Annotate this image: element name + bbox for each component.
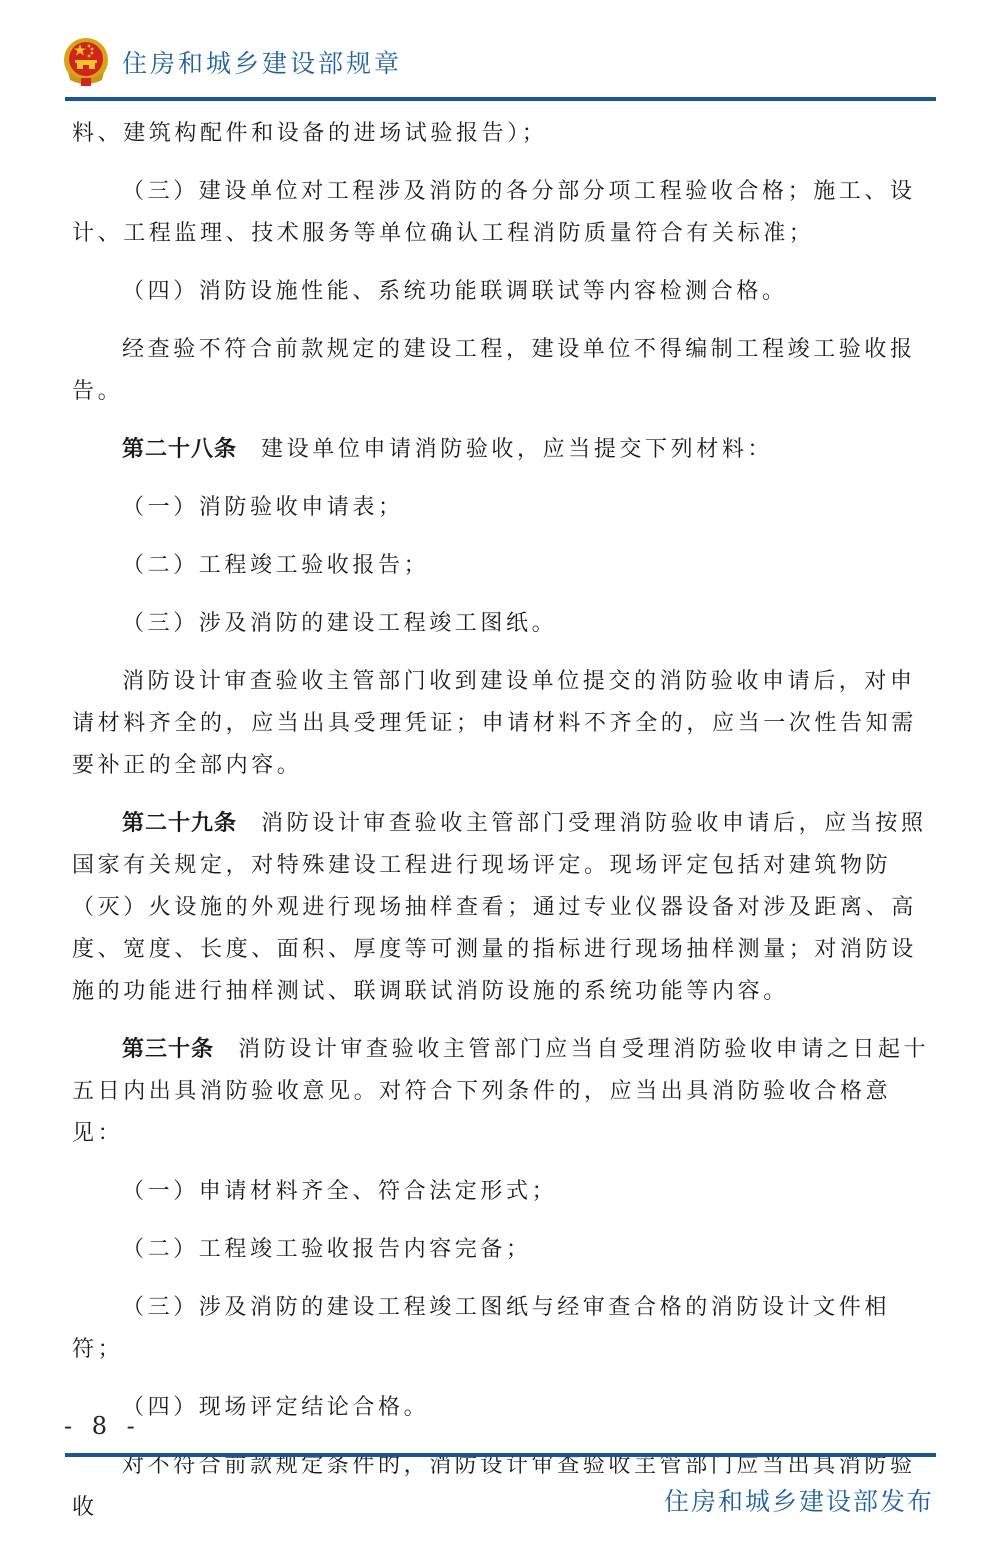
footer-publisher: 住房和城乡建设部发布 bbox=[664, 1482, 934, 1518]
paragraph-text: 经查验不符合前款规定的建设工程，建设单位不得编制工程竣工验收报告。 bbox=[72, 337, 916, 404]
national-emblem-icon bbox=[62, 36, 110, 88]
page-number: - 8 - bbox=[64, 1412, 141, 1440]
article-heading: 第三十条 bbox=[122, 1037, 214, 1062]
paragraph-text: （三）建设单位对工程涉及消防的各分部分项工程验收合格；施工、设计、工程监理、技术… bbox=[72, 179, 916, 246]
list-item: （一）消防验收申请表； bbox=[72, 487, 932, 529]
list-item: （四）现场评定结论合格。 bbox=[72, 1387, 932, 1429]
list-item: （一）申请材料齐全、符合法定形式； bbox=[72, 1171, 932, 1213]
header-divider bbox=[65, 97, 936, 101]
paragraph-text: （一）申请材料齐全、符合法定形式； bbox=[122, 1179, 557, 1204]
paragraph-text: （三）涉及消防的建设工程竣工图纸与经审查合格的消防设计文件相符； bbox=[72, 1295, 890, 1362]
page-header: 住房和城乡建设部规章 bbox=[62, 34, 402, 90]
paragraph-text: （二）工程竣工验收报告内容完备； bbox=[122, 1237, 532, 1262]
paragraph: 经查验不符合前款规定的建设工程，建设单位不得编制工程竣工验收报告。 bbox=[72, 329, 932, 413]
document-body: 料、建筑构配件和设备的进场试验报告）； （三）建设单位对工程涉及消防的各分部分项… bbox=[72, 113, 932, 1545]
paragraph: 消防设计审查验收主管部门收到建设单位提交的消防验收申请后，对申请材料齐全的，应当… bbox=[72, 661, 932, 787]
article-heading: 第二十八条 bbox=[122, 437, 237, 462]
paragraph-text: 消防设计审查验收主管部门收到建设单位提交的消防验收申请后，对申请材料齐全的，应当… bbox=[72, 669, 917, 778]
article-30: 第三十条消防设计审查验收主管部门应当自受理消防验收申请之日起十五日内出具消防验收… bbox=[72, 1029, 932, 1155]
paragraph-text: （四）现场评定结论合格。 bbox=[122, 1395, 429, 1420]
article-28: 第二十八条建设单位申请消防验收，应当提交下列材料： bbox=[72, 429, 932, 471]
paragraph-text: （一）消防验收申请表； bbox=[122, 495, 404, 520]
paragraph-text: （三）涉及消防的建设工程竣工图纸。 bbox=[122, 611, 557, 636]
article-heading: 第二十九条 bbox=[122, 811, 237, 836]
article-29: 第二十九条消防设计审查验收主管部门受理消防验收申请后，应当按照国家有关规定，对特… bbox=[72, 803, 932, 1013]
list-item: （二）工程竣工验收报告； bbox=[72, 545, 932, 587]
list-item: （三）涉及消防的建设工程竣工图纸。 bbox=[72, 603, 932, 645]
list-item: （三）涉及消防的建设工程竣工图纸与经审查合格的消防设计文件相符； bbox=[72, 1287, 932, 1371]
paragraph-text: 建设单位申请消防验收，应当提交下列材料： bbox=[261, 437, 773, 462]
paragraph-text: 料、建筑构配件和设备的进场试验报告）； bbox=[72, 121, 547, 146]
header-title: 住房和城乡建设部规章 bbox=[122, 44, 402, 80]
footer-divider bbox=[65, 1453, 936, 1457]
paragraph-text: 消防设计审查验收主管部门受理消防验收申请后，应当按照国家有关规定，对特殊建设工程… bbox=[72, 811, 927, 1004]
list-item: （二）工程竣工验收报告内容完备； bbox=[72, 1229, 932, 1271]
paragraph: 料、建筑构配件和设备的进场试验报告）； bbox=[72, 113, 932, 155]
paragraph-text: （四）消防设施性能、系统功能联调联试等内容检测合格。 bbox=[122, 279, 788, 304]
paragraph-text: （二）工程竣工验收报告； bbox=[122, 553, 429, 578]
list-item: （三）建设单位对工程涉及消防的各分部分项工程验收合格；施工、设计、工程监理、技术… bbox=[72, 171, 932, 255]
list-item: （四）消防设施性能、系统功能联调联试等内容检测合格。 bbox=[72, 271, 932, 313]
